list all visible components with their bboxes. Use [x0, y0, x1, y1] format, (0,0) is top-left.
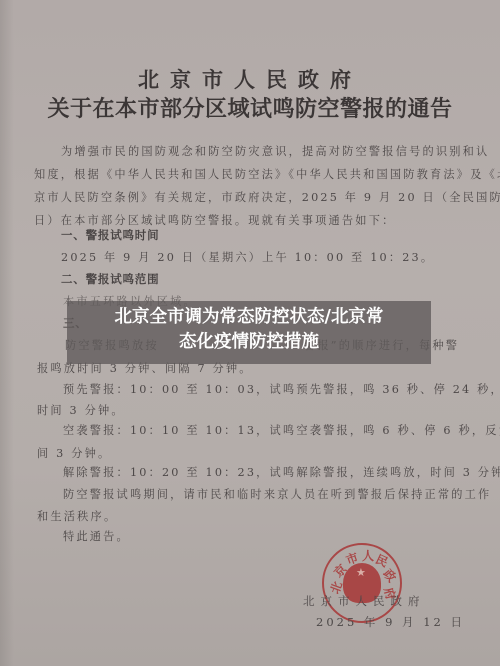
intro-line-4: 日）在本市部分区域试鸣防空警报。现就有关事项通告如下：	[34, 212, 395, 228]
seal-char: 人	[362, 547, 374, 564]
caption-line-2: 态化疫情防控措施	[67, 330, 431, 355]
section-1-line: 2025 年 9 月 20 日（星期六）上午 10：00 至 10：23。	[61, 249, 434, 265]
preliminary-alarm-line-2: 时间 3 分钟。	[37, 402, 125, 418]
intro-line-2: 知度，根据《中华人民共和国人民防空法》《中华人民共和国国防教育法》及《北	[34, 166, 500, 182]
closing-line: 特此通告。	[63, 528, 130, 544]
section-2-heading: 二、警报试鸣范围	[61, 271, 159, 287]
instruction-line-1: 防空警报试鸣期间，请市民和临时来京人员在听到警报后保持正常的工作	[63, 486, 491, 502]
star-icon: ★	[356, 566, 366, 579]
signature-org: 北京市人民政府	[303, 593, 426, 609]
intro-line-1: 为增强市民的国防观念和防空防灾意识，提高对防空警报信号的识别和认	[61, 143, 489, 159]
air-raid-alarm-line-2: 间 3 分钟。	[37, 445, 111, 461]
instruction-line-2: 和生活秩序。	[37, 508, 117, 524]
news-caption-overlay: 北京全市调为常态防控状态/北京常 态化疫情防控措施	[67, 301, 431, 364]
document-photo: 北京市人民政府 关于在本市部分区域试鸣防空警报的通告 为增强市民的国防观念和防空…	[0, 0, 500, 666]
caption-text: 北京全市调为常态防控状态/北京常 态化疫情防控措施	[67, 305, 431, 355]
official-seal: 北 京 市 人 民 政 府 ★	[322, 543, 402, 623]
all-clear-alarm-line: 解除警报：10：20 至 10：23，试鸣解除警报，连续鸣放，时间 3 分钟。	[63, 464, 500, 480]
notice-title: 关于在本市部分区域试鸣防空警报的通告	[0, 92, 500, 123]
section-1-heading: 一、警报试鸣时间	[61, 227, 159, 243]
signature-date: 2025 年 9 月 12 日	[316, 614, 465, 630]
issuer-title: 北京市人民政府	[0, 64, 500, 94]
caption-line-1: 北京全市调为常态防控状态/北京常	[67, 305, 431, 330]
intro-line-3: 京市人民防空条例》有关规定，市政府决定，2025 年 9 月 20 日（全民国防…	[34, 189, 500, 205]
air-raid-alarm-line: 空袭警报：10：10 至 10：13，试鸣空袭警报，鸣 6 秒、停 6 秒，反复…	[63, 422, 500, 438]
preliminary-alarm-line: 预先警报：10：00 至 10：03，试鸣预先警报，鸣 36 秒、停 24 秒，…	[63, 381, 500, 397]
